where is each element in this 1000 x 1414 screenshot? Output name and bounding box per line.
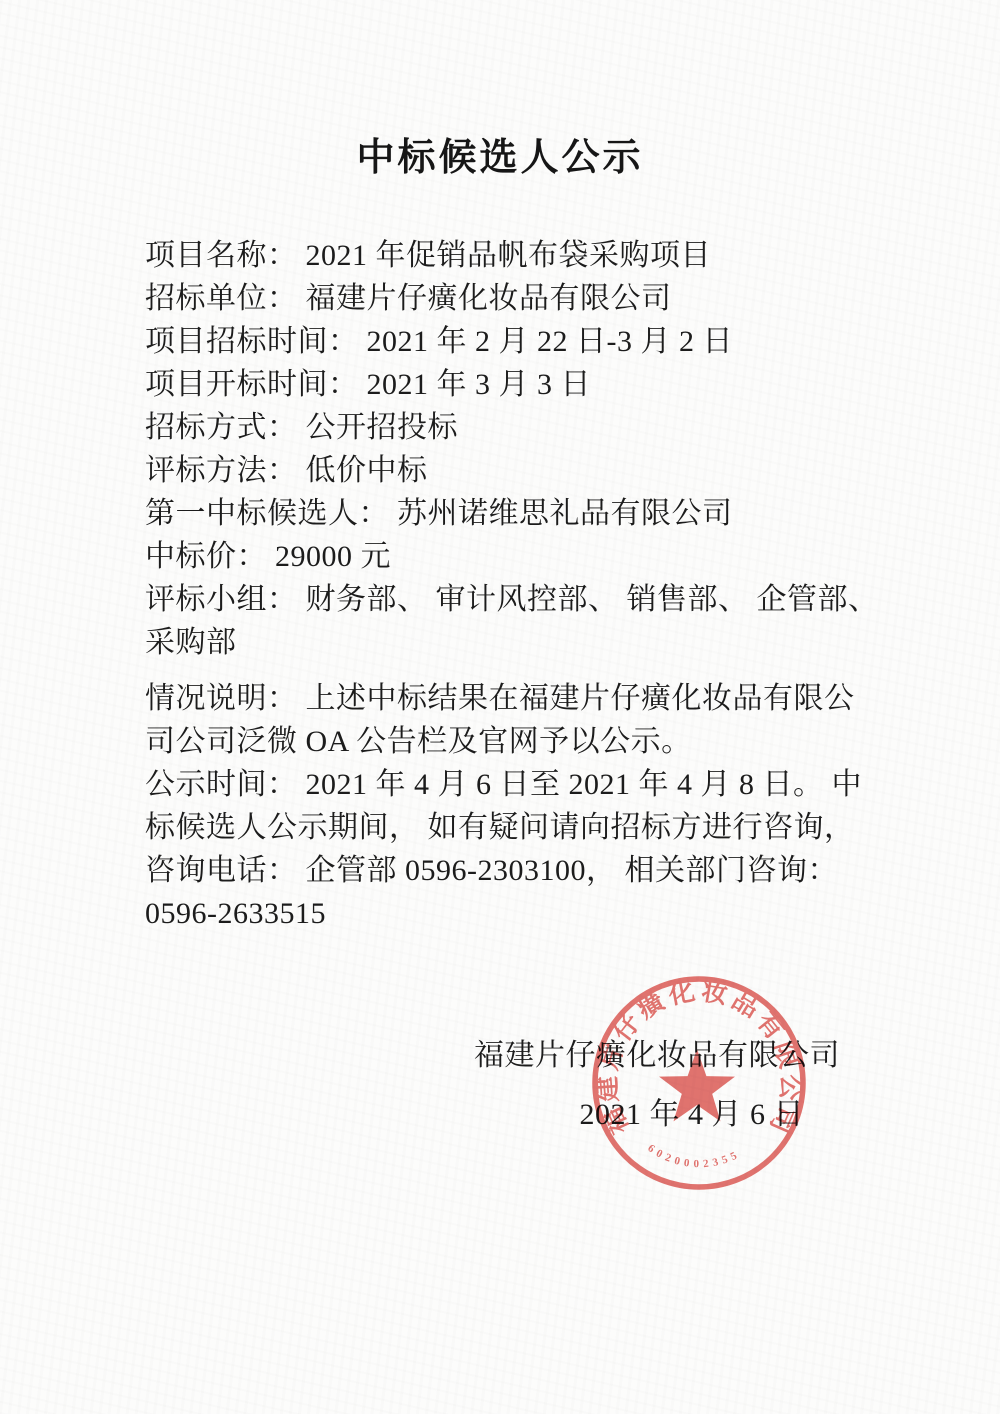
- company-seal-stamp: 福建片仔癀化妆品有限公司 6020002355: [586, 970, 812, 1196]
- document-line: 情况说明： 上述中标结果在福建片仔癀化妆品有限公: [145, 677, 875, 720]
- document-line: 中标价： 29000 元: [145, 535, 875, 578]
- document-line: 招标单位： 福建片仔癀化妆品有限公司: [145, 277, 875, 320]
- document-line: 评标方法： 低价中标: [145, 449, 875, 492]
- document-line: 项目名称： 2021 年促销品帆布袋采购项目: [145, 234, 875, 277]
- document-title: 中标候选人公示: [0, 126, 1000, 181]
- document-line: 公示时间： 2021 年 4 月 6 日至 2021 年 4 月 8 日。 中: [145, 763, 875, 806]
- document-line: 招标方式： 公开招投标: [145, 406, 875, 449]
- document-line: 评标小组： 财务部、 审计风控部、 销售部、 企管部、: [145, 578, 875, 621]
- document-line: 咨询电话： 企管部 0596-2303100， 相关部门咨询：: [145, 849, 875, 892]
- document-line: 项目开标时间： 2021 年 3 月 3 日: [145, 363, 875, 406]
- document-line: 采购部: [145, 621, 875, 664]
- seal-star-icon: [659, 1049, 735, 1121]
- document-line: 标候选人公示期间， 如有疑问请向招标方进行咨询，: [145, 806, 875, 849]
- document-line: 0596-2633515: [145, 892, 875, 935]
- document-line: 项目招标时间： 2021 年 2 月 22 日-3 月 2 日: [145, 320, 875, 363]
- scanned-document-page: 中标候选人公示 项目名称： 2021 年促销品帆布袋采购项目 招标单位： 福建片…: [0, 0, 1000, 1414]
- seal-serial-number: 6020002355: [645, 1142, 742, 1170]
- document-body: 项目名称： 2021 年促销品帆布袋采购项目 招标单位： 福建片仔癀化妆品有限公…: [145, 234, 875, 935]
- document-line: 第一中标候选人： 苏州诺维思礼品有限公司: [145, 492, 875, 535]
- document-line: 司公司泛微 OA 公告栏及官网予以公示。: [145, 720, 875, 763]
